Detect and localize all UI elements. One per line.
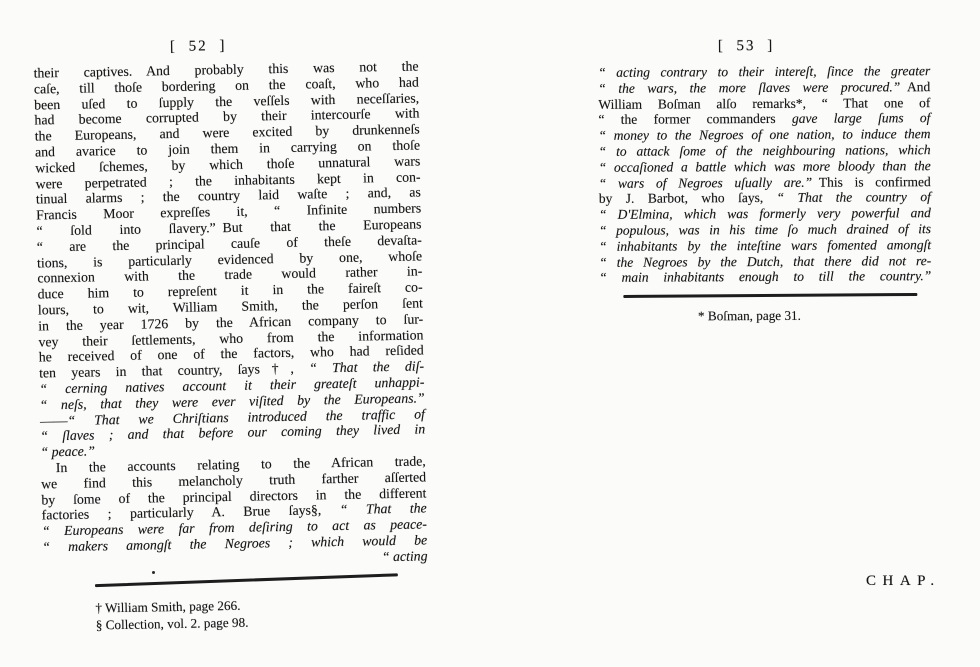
text-segment: This is confirmed: [812, 174, 931, 190]
footnote-rule: [95, 573, 398, 586]
text-segment: “ occaſioned a battle which was more blo…: [599, 158, 931, 175]
footnote: * Boſman, page 31.: [599, 307, 899, 325]
text-line: “ inhabitants by the inteſtine wars fome…: [599, 237, 931, 255]
text-segment: gave large ſums of: [792, 111, 931, 127]
text-line: “ occaſioned a battle which was more blo…: [599, 158, 931, 176]
text-segment: “ That the diſ-: [309, 359, 424, 376]
text-segment: “ populous, was in his time ſo much drai…: [599, 221, 931, 238]
page-number-header: [ 53 ]: [598, 37, 894, 57]
text-line: by J. Barbot, who ſays, “ That the count…: [599, 190, 931, 208]
book-scan: [ 52 ] their captives. And probably this…: [0, 0, 980, 667]
text-segment: “ money to the Negroes of one nation, to…: [598, 126, 930, 143]
footnotes-block: † William Smith, page 266. § Collection,…: [95, 594, 429, 634]
text-line: “ money to the Negroes of one nation, to…: [598, 126, 930, 144]
text-line: “ D'Elmina, which was formerly very powe…: [599, 205, 931, 223]
text-segment: “ wars of Negroes uſually are.”: [599, 174, 812, 190]
text-line: “ main inhabitants enough to till the co…: [599, 268, 931, 286]
text-segment: “ to attack ſome of the neighbouring nat…: [599, 142, 931, 159]
text-segment: “ the wars, the more ſlaves were procure…: [598, 79, 900, 96]
text-segment: William Boſman alſo remarks*, “ That one…: [598, 95, 930, 112]
page-53-text-block: “ acting contrary to their intereſt, ſin…: [598, 63, 931, 286]
text-line: “ the wars, the more ſlaves were procure…: [598, 79, 930, 97]
text-line: “ acting contrary to their intereſt, ſin…: [598, 63, 930, 81]
catchword: CHAP.: [866, 573, 941, 590]
text-segment: “ main inhabitants enough to till the co…: [599, 268, 931, 285]
page-53: [ 53 ] “ acting contrary to their intere…: [598, 37, 931, 324]
text-segment: “ inhabitants by the inteſtine wars fome…: [599, 237, 931, 254]
page-52-text-block: their captives. And probably this was no…: [33, 58, 427, 570]
footnote-rule: [623, 293, 917, 298]
text-segment: “ acting contrary to their intereſt, ſin…: [598, 63, 930, 80]
text-line: “ the former commanders gave large ſums …: [598, 111, 930, 129]
text-line: “ the Negroes by the Dutch, that there d…: [599, 253, 931, 271]
text-segment: “ D'Elmina, which was formerly very powe…: [599, 205, 931, 222]
text-line: William Boſman alſo remarks*, “ That one…: [598, 95, 930, 113]
text-line: “ to attack ſome of the neighbouring nat…: [599, 142, 931, 160]
text-line: “ populous, was in his time ſo much drai…: [599, 221, 931, 239]
text-segment: by J. Barbot, who ſays,: [599, 190, 777, 206]
text-segment: ——: [40, 412, 68, 428]
text-segment: “ That the: [340, 501, 427, 518]
text-segment: “ peace.”: [40, 444, 95, 460]
text-segment: “ acting: [382, 548, 428, 564]
ink-speck: [152, 571, 155, 574]
page-52: [ 52 ] their captives. And probably this…: [33, 34, 429, 635]
page-number-header: [ 52 ]: [33, 35, 363, 59]
text-line: “ wars of Negroes uſually are.” This is …: [599, 174, 931, 192]
text-segment: “ the former commanders: [598, 111, 792, 127]
text-segment: “ That the country of: [777, 190, 931, 206]
text-segment: And: [900, 79, 930, 94]
text-segment: “ the Negroes by the Dutch, that there d…: [599, 253, 931, 270]
